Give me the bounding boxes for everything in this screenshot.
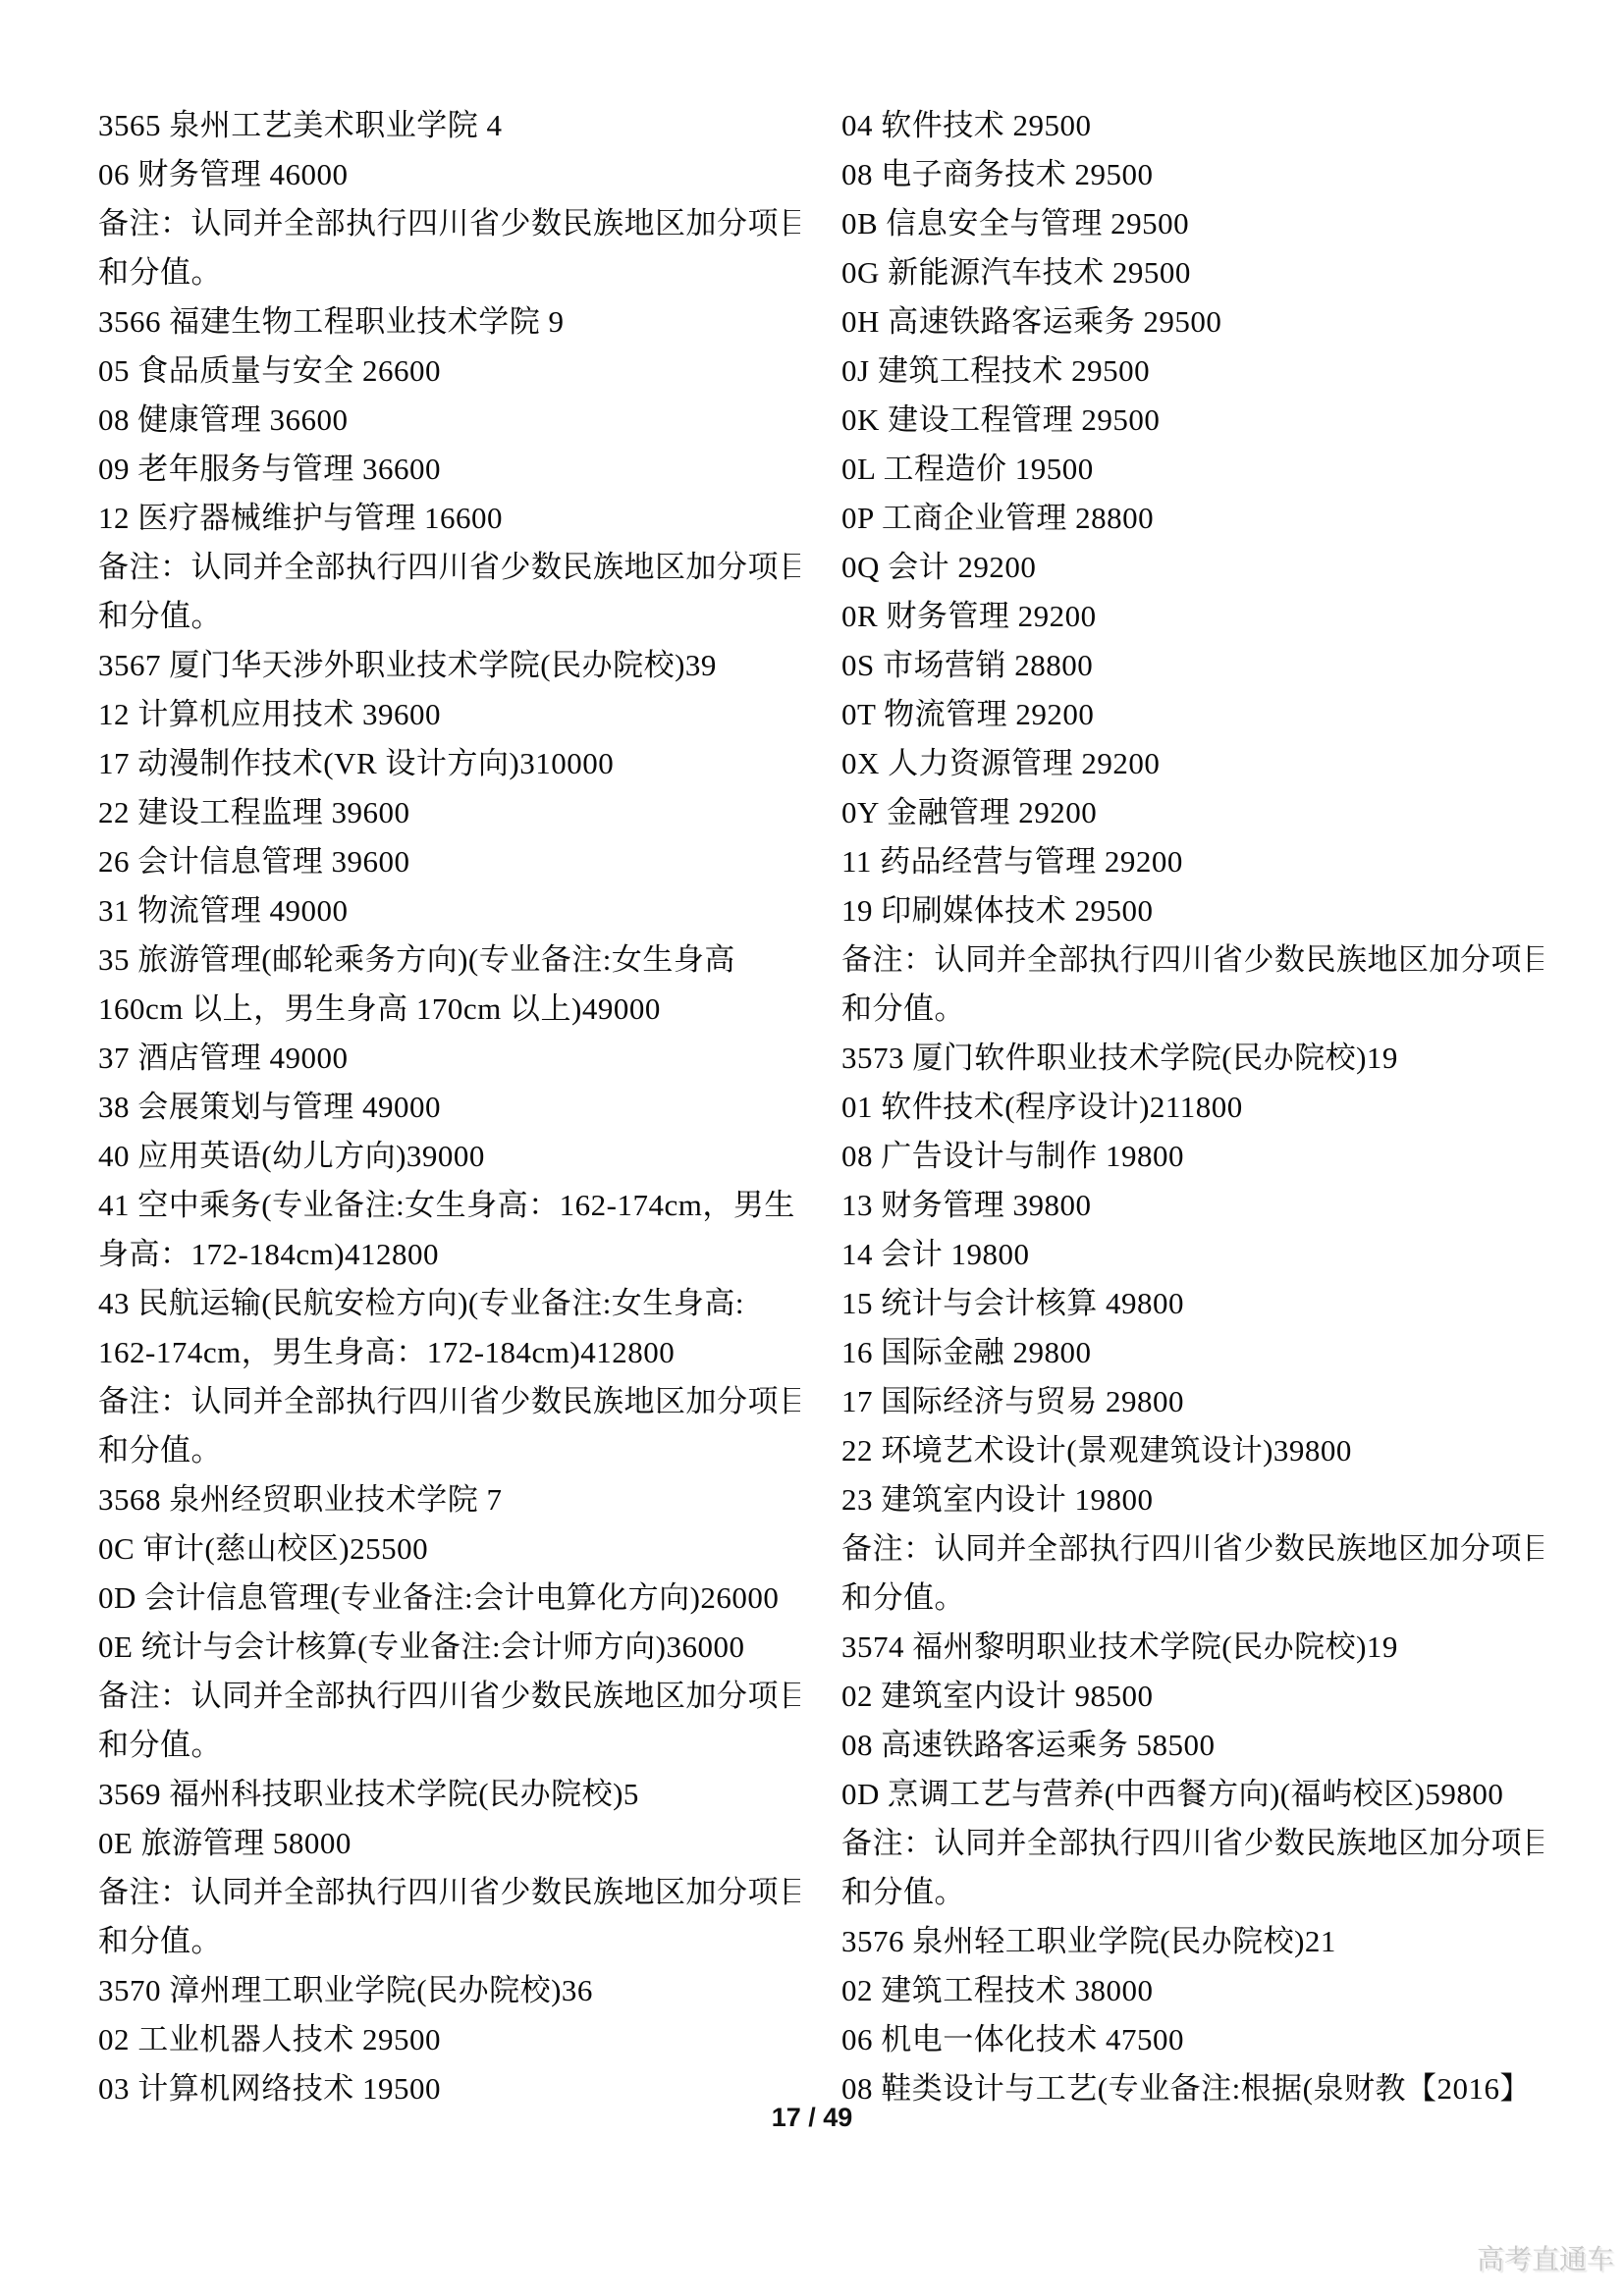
text-line: 31 物流管理 49000 [98,886,800,935]
text-line: 04 软件技术 29500 [841,101,1543,150]
text-line: 22 建设工程监理 39600 [98,788,800,837]
text-line: 3565 泉州工艺美术职业学院 4 [98,101,800,150]
text-line: 02 建筑工程技术 38000 [841,1966,1543,2015]
text-line: 0J 建筑工程技术 29500 [841,347,1543,396]
text-line: 3576 泉州轻工职业学院(民办院校)21 [841,1917,1543,1966]
text-line: 02 工业机器人技术 29500 [98,2015,800,2064]
text-line: 0D 烹调工艺与营养(中西餐方向)(福屿校区)59800 [841,1770,1543,1819]
text-line: 16 国际金融 29800 [841,1328,1543,1377]
watermark-text: 高考直通车 [1477,2238,1614,2277]
document-page: 3565 泉州工艺美术职业学院 406 财务管理 46000备注：认同并全部执行… [0,0,1624,2296]
text-line: 备注：认同并全部执行四川省少数民族地区加分项目 [841,1524,1543,1574]
left-text-column: 3565 泉州工艺美术职业学院 406 财务管理 46000备注：认同并全部执行… [98,101,800,2113]
text-line: 0K 建设工程管理 29500 [841,396,1543,445]
text-line: 41 空中乘务(专业备注:女生身高：162-174cm，男生 [98,1181,800,1230]
text-line: 08 健康管理 36600 [98,396,800,445]
text-line: 和分值。 [841,1868,1543,1917]
text-line: 和分值。 [841,1574,1543,1623]
text-line: 08 电子商务技术 29500 [841,150,1543,199]
text-line: 12 计算机应用技术 39600 [98,690,800,739]
text-line: 15 统计与会计核算 49800 [841,1279,1543,1328]
text-line: 22 环境艺术设计(景观建筑设计)39800 [841,1426,1543,1475]
text-line: 0D 会计信息管理(专业备注:会计电算化方向)26000 [98,1574,800,1623]
text-line: 备注：认同并全部执行四川省少数民族地区加分项目 [841,935,1543,985]
text-line: 08 高速铁路客运乘务 58500 [841,1721,1543,1770]
text-line: 0X 人力资源管理 29200 [841,739,1543,788]
text-line: 和分值。 [841,985,1543,1034]
text-line: 17 国际经济与贸易 29800 [841,1377,1543,1426]
right-text-column: 04 软件技术 2950008 电子商务技术 295000B 信息安全与管理 2… [841,101,1543,2113]
text-line: 37 酒店管理 49000 [98,1034,800,1083]
text-line: 0P 工商企业管理 28800 [841,494,1543,543]
text-line: 0E 统计与会计核算(专业备注:会计师方向)36000 [98,1623,800,1672]
text-line: 11 药品经营与管理 29200 [841,837,1543,886]
text-line: 3566 福建生物工程职业技术学院 9 [98,297,800,347]
text-line: 身高：172-184cm)412800 [98,1230,800,1279]
text-line: 备注：认同并全部执行四川省少数民族地区加分项目 [98,1377,800,1426]
text-line: 0B 信息安全与管理 29500 [841,199,1543,248]
text-line: 17 动漫制作技术(VR 设计方向)310000 [98,739,800,788]
text-line: 3568 泉州经贸职业技术学院 7 [98,1475,800,1524]
text-line: 和分值。 [98,1917,800,1966]
text-line: 备注：认同并全部执行四川省少数民族地区加分项目 [98,1868,800,1917]
text-line: 0T 物流管理 29200 [841,690,1543,739]
text-line: 和分值。 [98,248,800,297]
text-line: 0L 工程造价 19500 [841,445,1543,494]
text-line: 13 财务管理 39800 [841,1181,1543,1230]
text-line: 0R 财务管理 29200 [841,592,1543,641]
text-line: 3570 漳州理工职业学院(民办院校)36 [98,1966,800,2015]
text-line: 和分值。 [98,592,800,641]
text-line: 06 机电一体化技术 47500 [841,2015,1543,2064]
text-line: 08 广告设计与制作 19800 [841,1132,1543,1181]
text-line: 35 旅游管理(邮轮乘务方向)(专业备注:女生身高 [98,935,800,985]
text-line: 3574 福州黎明职业技术学院(民办院校)19 [841,1623,1543,1672]
text-line: 160cm 以上，男生身高 170cm 以上)49000 [98,985,800,1034]
page-number: 17 / 49 [0,2103,1624,2133]
text-line: 23 建筑室内设计 19800 [841,1475,1543,1524]
text-line: 43 民航运输(民航安检方向)(专业备注:女生身高: [98,1279,800,1328]
text-line: 和分值。 [98,1721,800,1770]
text-line: 01 软件技术(程序设计)211800 [841,1083,1543,1132]
text-line: 和分值。 [98,1426,800,1475]
text-line: 3573 厦门软件职业技术学院(民办院校)19 [841,1034,1543,1083]
text-line: 0H 高速铁路客运乘务 29500 [841,297,1543,347]
text-line: 3569 福州科技职业技术学院(民办院校)5 [98,1770,800,1819]
text-line: 05 食品质量与安全 26600 [98,347,800,396]
text-line: 162-174cm，男生身高：172-184cm)412800 [98,1328,800,1377]
text-line: 26 会计信息管理 39600 [98,837,800,886]
text-line: 0Q 会计 29200 [841,543,1543,592]
text-line: 14 会计 19800 [841,1230,1543,1279]
text-line: 09 老年服务与管理 36600 [98,445,800,494]
text-line: 备注：认同并全部执行四川省少数民族地区加分项目 [98,543,800,592]
text-line: 备注：认同并全部执行四川省少数民族地区加分项目 [841,1819,1543,1868]
text-line: 0C 审计(慈山校区)25500 [98,1524,800,1574]
text-line: 0E 旅游管理 58000 [98,1819,800,1868]
text-line: 06 财务管理 46000 [98,150,800,199]
text-line: 0G 新能源汽车技术 29500 [841,248,1543,297]
text-line: 0S 市场营销 28800 [841,641,1543,690]
text-line: 02 建筑室内设计 98500 [841,1672,1543,1721]
text-line: 3567 厦门华天涉外职业技术学院(民办院校)39 [98,641,800,690]
text-line: 38 会展策划与管理 49000 [98,1083,800,1132]
text-line: 备注：认同并全部执行四川省少数民族地区加分项目 [98,1672,800,1721]
text-line: 0Y 金融管理 29200 [841,788,1543,837]
text-line: 备注：认同并全部执行四川省少数民族地区加分项目 [98,199,800,248]
text-line: 40 应用英语(幼儿方向)39000 [98,1132,800,1181]
text-line: 19 印刷媒体技术 29500 [841,886,1543,935]
text-line: 12 医疗器械维护与管理 16600 [98,494,800,543]
